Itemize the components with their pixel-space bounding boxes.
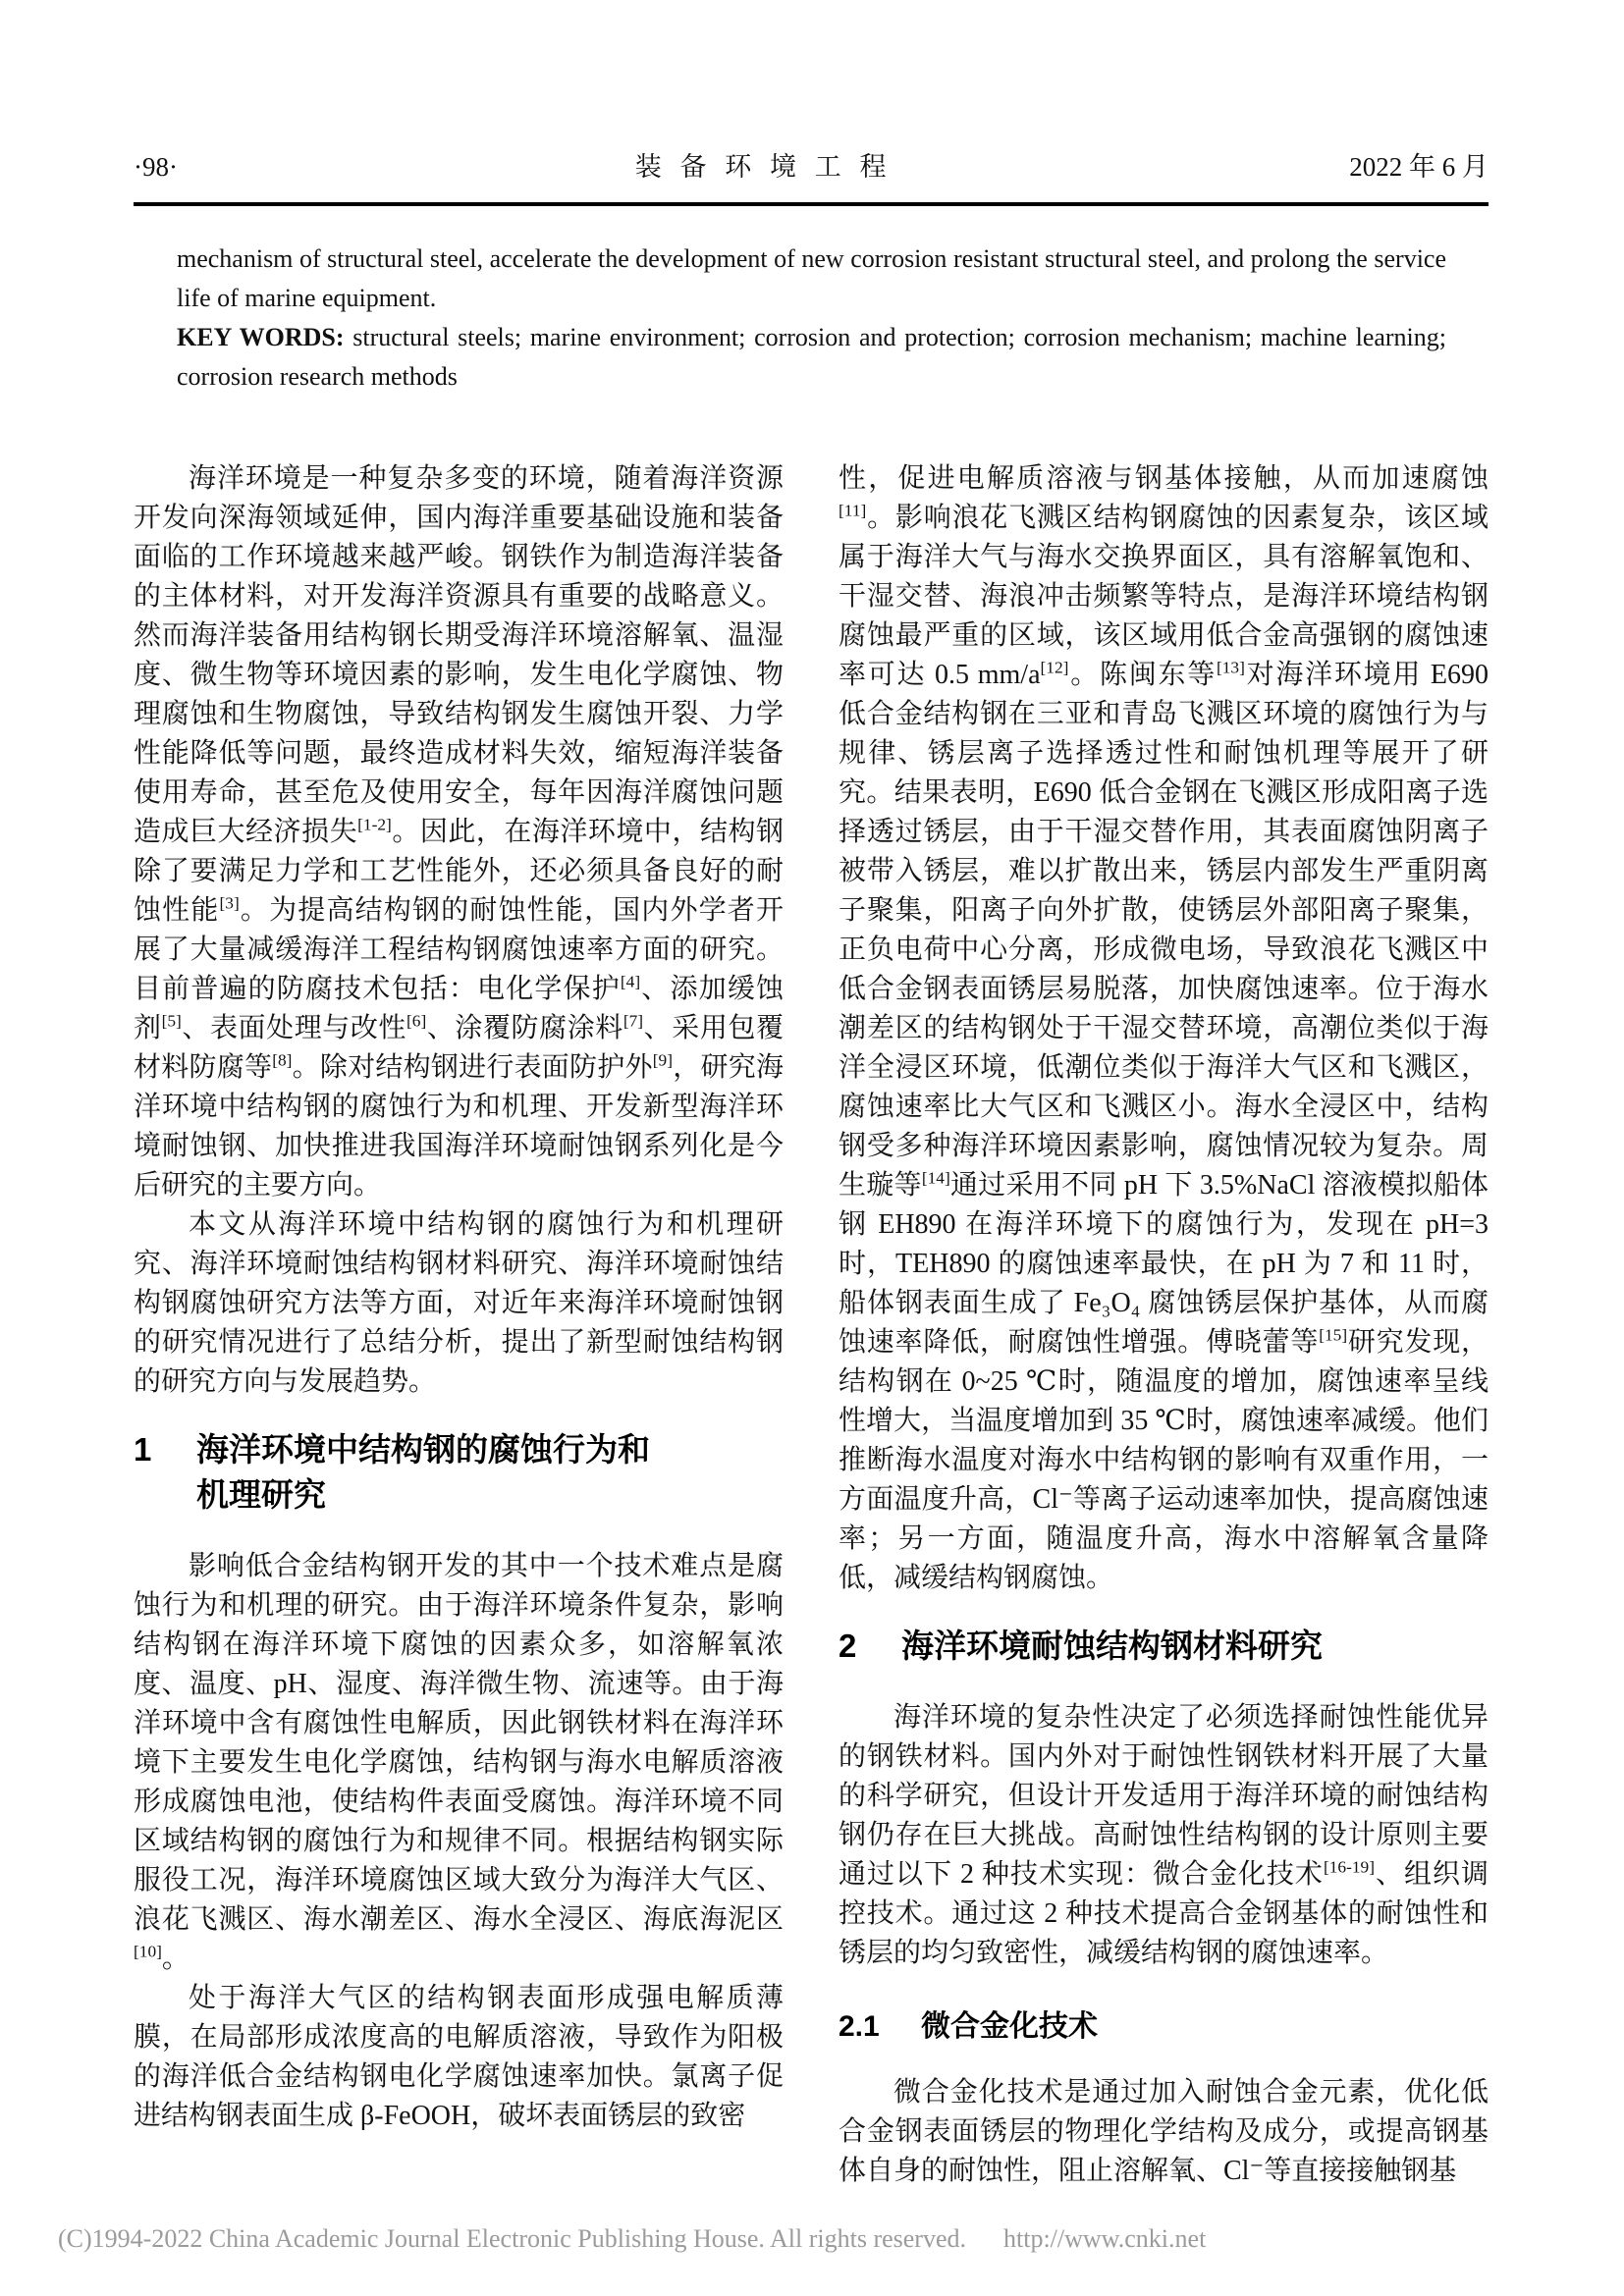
paragraph: 影响低合金结构钢开发的其中一个技术难点是腐蚀行为和机理的研究。由于海洋环境条件复… — [134, 1547, 784, 1979]
header-rule — [134, 202, 1489, 206]
abstract-continuation-text: mechanism of structural steel, accelerat… — [177, 240, 1446, 318]
paragraph: 性，促进电解质溶液与钢基体接触，从而加速腐蚀[11]。影响浪花飞溅区结构钢腐蚀的… — [839, 459, 1489, 1598]
paragraph: 本文从海洋环境中结构钢的腐蚀行为和机理研究、海洋环境耐蚀结构钢材料研究、海洋环境… — [134, 1205, 784, 1402]
page-number: ·98· — [134, 152, 178, 183]
section-heading-1: 1 海洋环境中结构钢的腐蚀行为和机理研究 — [134, 1427, 784, 1518]
subsection-title: 微合金化技术 — [921, 2006, 1098, 2048]
english-abstract: mechanism of structural steel, accelerat… — [177, 240, 1446, 397]
section-heading-2: 2 海洋环境耐蚀结构钢材料研究 — [839, 1624, 1489, 1669]
section-number: 1 — [134, 1427, 196, 1472]
paragraph: 海洋环境的复杂性决定了必须选择耐蚀性能优异的钢铁材料。国内外对于耐蚀性钢铁材料开… — [839, 1698, 1489, 1973]
paragraph: 微合金化技术是通过加入耐蚀合金元素，优化低合金钢表面锈层的物理化学结构及成分，或… — [839, 2073, 1489, 2187]
section-title: 海洋环境耐蚀结构钢材料研究 — [901, 1624, 1323, 1669]
subsection-heading-2-1: 2.1 微合金化技术 — [839, 2006, 1489, 2048]
section-number: 2 — [839, 1624, 901, 1669]
running-head: ·98· 装 备 环 境 工 程 2022 年 6 月 — [134, 145, 1489, 184]
keywords-text: structural steels; marine environment; c… — [177, 323, 1446, 391]
keywords-line: KEY WORDS: structural steels; marine env… — [177, 318, 1446, 397]
page-footer: (C)1994-2022 China Academic Journal Elec… — [58, 2224, 1570, 2254]
cnki-url: http://www.cnki.net — [1003, 2224, 1206, 2254]
section-title: 海洋环境中结构钢的腐蚀行为和机理研究 — [196, 1427, 668, 1518]
right-column: 性，促进电解质溶液与钢基体接触，从而加速腐蚀[11]。影响浪花飞溅区结构钢腐蚀的… — [839, 459, 1489, 2187]
journal-page: ·98· 装 备 环 境 工 程 2022 年 6 月 mechanism of… — [0, 0, 1624, 2296]
main-content: 海洋环境是一种复杂多变的环境，随着海洋资源开发向深海领域延伸，国内海洋重要基础设… — [134, 459, 1489, 2187]
journal-title: 装 备 环 境 工 程 — [635, 145, 893, 184]
subsection-number: 2.1 — [839, 2006, 921, 2048]
issue-date: 2022 年 6 月 — [1349, 145, 1489, 184]
copyright-text: (C)1994-2022 China Academic Journal Elec… — [58, 2224, 966, 2254]
paragraph: 处于海洋大气区的结构钢表面形成强电解质薄膜，在局部形成浓度高的电解质溶液，导致作… — [134, 1979, 784, 2136]
paragraph: 海洋环境是一种复杂多变的环境，随着海洋资源开发向深海领域延伸，国内海洋重要基础设… — [134, 459, 784, 1205]
left-column: 海洋环境是一种复杂多变的环境，随着海洋资源开发向深海领域延伸，国内海洋重要基础设… — [134, 459, 784, 2187]
keywords-label: KEY WORDS: — [177, 323, 352, 351]
